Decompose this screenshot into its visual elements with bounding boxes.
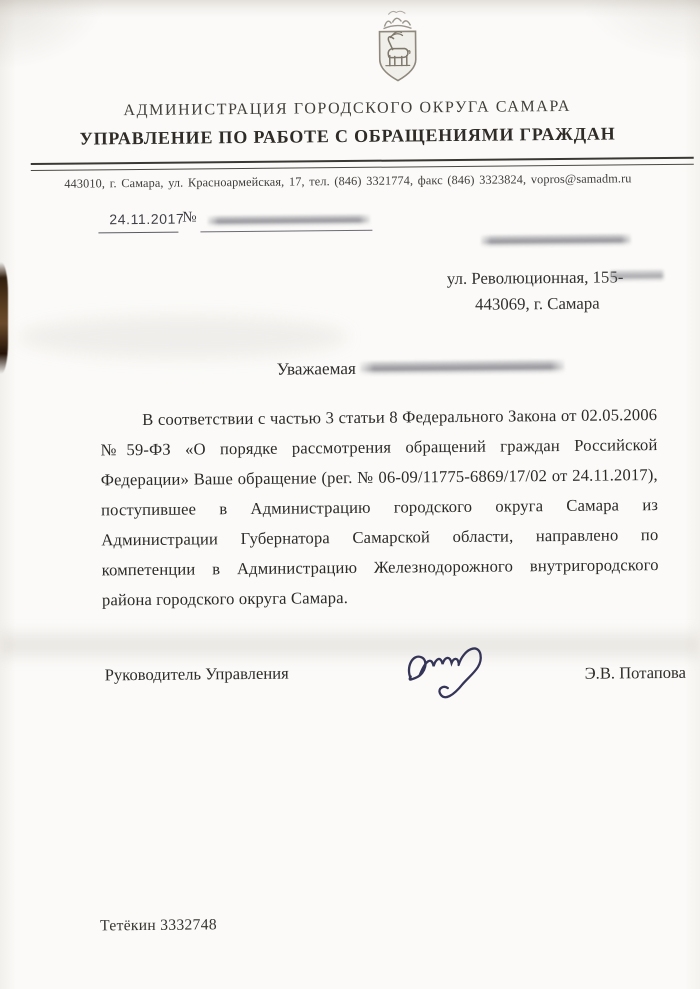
- samara-coat-of-arms-icon: [354, 7, 441, 96]
- number-underline: [200, 230, 372, 233]
- letter-body-paragraph: В соответствии с частью 3 статьи 8 Федер…: [100, 400, 659, 615]
- letterhead-contact-line: 443010, г. Самара, ул. Красноармейская, …: [0, 171, 698, 193]
- redacted-letter-number: [207, 214, 370, 228]
- executor-contact-line: Тетёкин 3332748: [100, 916, 217, 935]
- redacted-recipient-name: [480, 233, 631, 247]
- salutation-greeting: Уважаемая: [277, 359, 356, 380]
- letter-content: АДМИНИСТРАЦИЯ ГОРОДСКОГО ОКРУГА САМАРА У…: [0, 0, 700, 989]
- redacted-salutation-name: [360, 359, 565, 376]
- date-underline: [98, 232, 178, 234]
- letter-number-sign: №: [182, 209, 196, 226]
- org-name-line2: УПРАВЛЕНИЕ ПО РАБОТЕ С ОБРАЩЕНИЯМИ ГРАЖД…: [0, 123, 698, 151]
- recipient-address-line1: ул. Революционная, 155-: [447, 267, 624, 289]
- signer-position: Руководитель Управления: [105, 664, 289, 686]
- recipient-address-line2: 443069, г. Самара: [475, 294, 600, 315]
- letterhead-divider-rule: [31, 157, 694, 171]
- signer-name: Э.В. Потапова: [585, 663, 686, 684]
- redacted-recipient-house-number: [609, 269, 665, 283]
- scanned-letter-page: АДМИНИСТРАЦИЯ ГОРОДСКОГО ОКРУГА САМАРА У…: [0, 0, 700, 989]
- handwritten-signature-icon: [394, 629, 513, 710]
- letter-date: 24.11.2017: [109, 211, 184, 228]
- org-name-line1: АДМИНИСТРАЦИЯ ГОРОДСКОГО ОКРУГА САМАРА: [0, 97, 697, 122]
